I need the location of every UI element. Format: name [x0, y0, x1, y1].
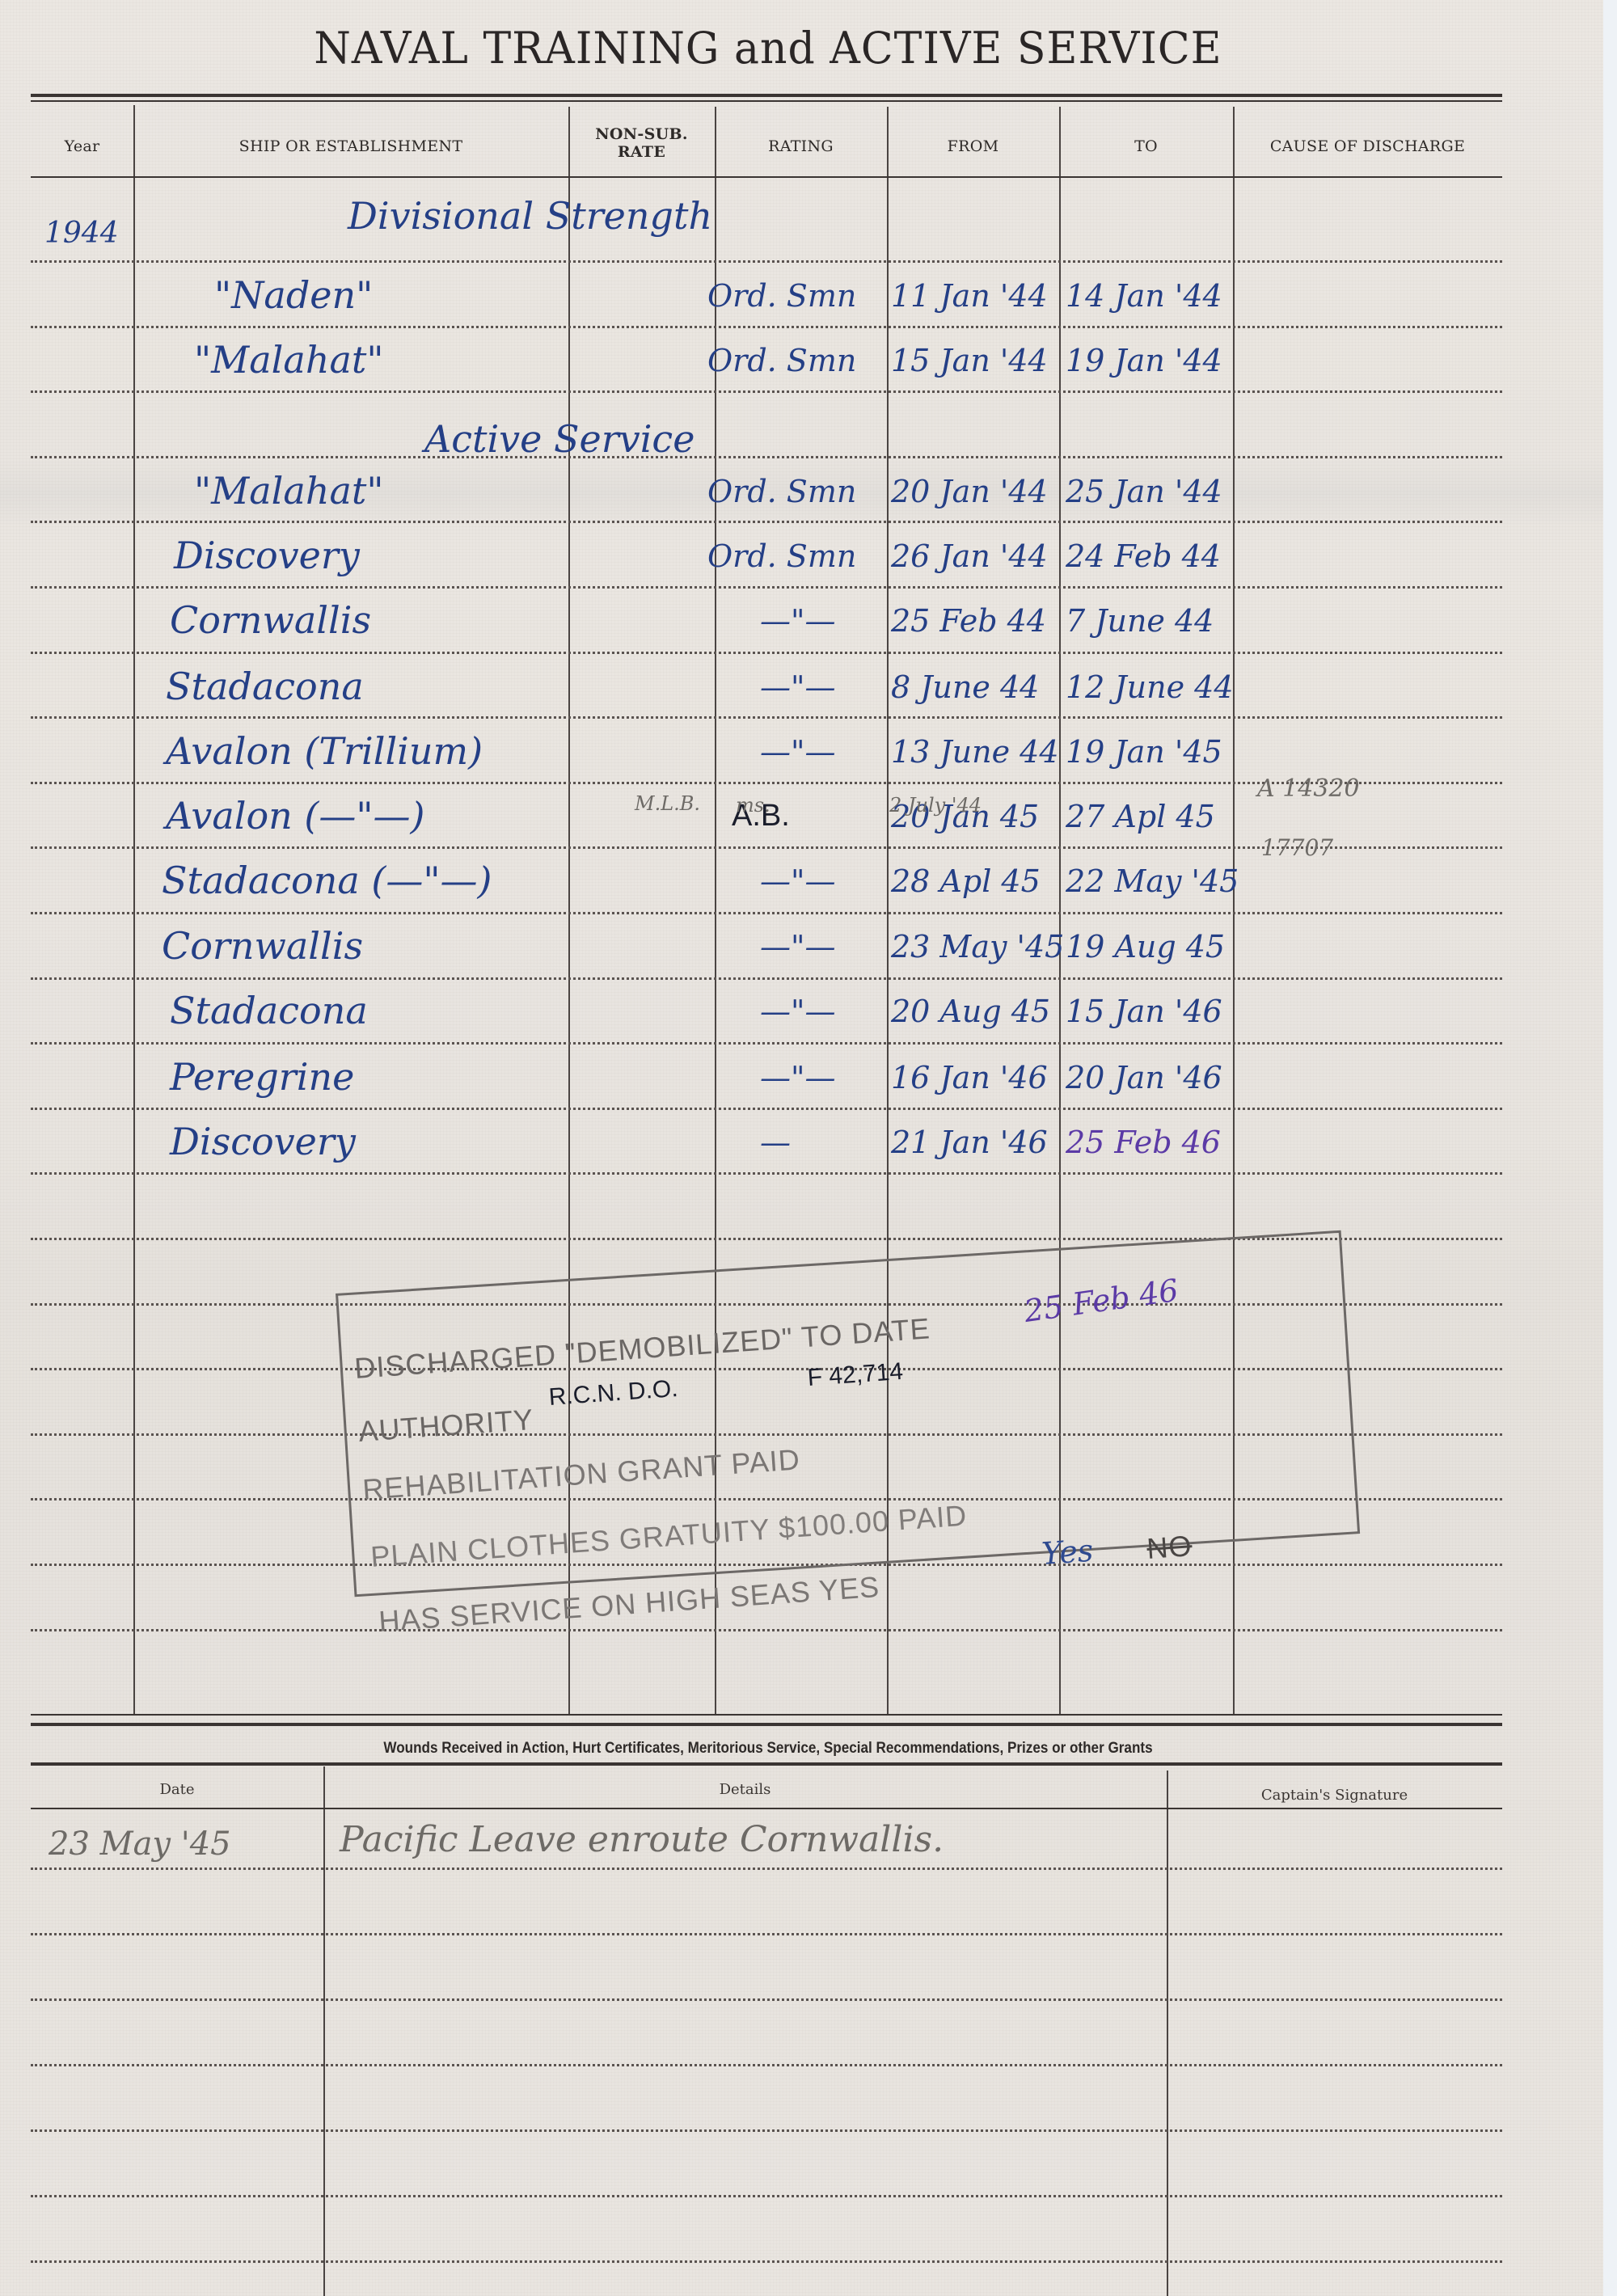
entry-from: 8 June 44 [891, 669, 1039, 705]
grants-header-rule [31, 1808, 1502, 1809]
entry-ship: Discovery [170, 1120, 356, 1163]
row-rule [31, 456, 1502, 458]
entry-rating: Ord. Smn [707, 538, 856, 574]
entry-ship: Stadacona [170, 989, 368, 1032]
entry-from: 20 Jan '44 [891, 474, 1048, 509]
entry-ship: Cornwallis [170, 598, 371, 642]
row-rule [31, 912, 1502, 914]
entry-rating: Ord. Smn [707, 474, 856, 509]
grants-title-rule [31, 1762, 1502, 1766]
entry-from: 23 May '45 [891, 929, 1064, 964]
col-header-from: FROM [887, 137, 1059, 155]
entry-to: 19 Jan '45 [1066, 734, 1222, 770]
col-header-nonsub-line1: NON-SUB. [568, 125, 715, 143]
entry-to: 15 Jan '46 [1066, 994, 1222, 1029]
col-header-nonsub-rate: NON-SUB. RATE [568, 125, 715, 161]
grants-row-rule [31, 1868, 1502, 1870]
row-rule [31, 1629, 1502, 1631]
grants-section-title: Wounds Received in Action, Hurt Certific… [77, 1740, 1459, 1758]
table-end-rule [31, 1714, 1502, 1716]
year-entry: 1944 [44, 217, 119, 250]
pencil-note-rating: ms. [736, 794, 771, 817]
entry-from: 26 Jan '44 [891, 538, 1048, 574]
entry-to: 25 Feb 46 [1066, 1125, 1221, 1160]
row-rule [31, 586, 1502, 589]
pencil-note-nonsub: M.L.B. [635, 792, 700, 815]
entry-to: 12 June 44 [1066, 669, 1234, 705]
entry-from: 20 Aug 45 [891, 994, 1050, 1029]
entry-rating: — [760, 1125, 791, 1160]
table-end-rule-thick [31, 1723, 1502, 1726]
entry-to: 14 Jan '44 [1066, 278, 1222, 314]
entry-rating: —"— [760, 929, 835, 964]
entry-ship: Discovery [174, 534, 360, 577]
entry-ship: "Malahat" [194, 338, 384, 382]
row-rule [31, 260, 1502, 263]
entry-ship: Peregrine [170, 1055, 354, 1099]
grants-row-rule [31, 2064, 1502, 2066]
entry-to: 7 June 44 [1066, 603, 1214, 639]
section-label-divisional: Divisional Strength [348, 194, 712, 238]
header-rule-top [31, 94, 1502, 97]
grants-row-rule [31, 2260, 1502, 2263]
stamp-high-seas-struck: NO [1146, 1529, 1193, 1566]
entry-cause: A 14320 [1257, 774, 1360, 803]
entry-from: 11 Jan '44 [891, 278, 1048, 314]
page-title: NAVAL TRAINING and ACTIVE SERVICE [0, 23, 1536, 74]
entry-from: 13 June 44 [891, 734, 1059, 770]
header-bottom-rule [31, 176, 1502, 178]
grants-row-rule [31, 2129, 1502, 2132]
row-rule [31, 1042, 1502, 1045]
entry-rating: Ord. Smn [707, 343, 856, 378]
entry-rating: —"— [760, 863, 835, 899]
grants-col-divider [1167, 1771, 1168, 2296]
entry-rating: —"— [760, 669, 835, 705]
entry-rating: —"— [760, 603, 835, 639]
grants-row-rule [31, 1998, 1502, 2001]
header-rule-bottom [31, 100, 1502, 102]
row-rule [31, 326, 1502, 328]
entry-ship: Avalon (—"—) [166, 794, 424, 838]
row-rule [31, 1172, 1502, 1175]
pencil-note-from: 2 July '44 [889, 794, 982, 817]
entry-from: 21 Jan '46 [891, 1125, 1048, 1160]
entry-ship: Cornwallis [162, 924, 363, 968]
entry-from: 25 Feb 44 [891, 603, 1046, 639]
row-rule [31, 977, 1502, 980]
col-header-rating: RATING [715, 137, 887, 155]
row-rule [31, 652, 1502, 654]
grants-entry-details: Pacific Leave enroute Cornwallis. [340, 1819, 944, 1860]
entry-rating: —"— [760, 994, 835, 1029]
col-header-to: TO [1059, 137, 1233, 155]
entry-rating: Ord. Smn [707, 278, 856, 314]
entry-to: 25 Jan '44 [1066, 474, 1222, 509]
entry-rating: —"— [760, 1060, 835, 1095]
grants-col-divider [323, 1766, 325, 2296]
grants-row-rule [31, 2195, 1502, 2197]
entry-ship: Stadacona [166, 665, 364, 708]
pencil-note-cause-line2: 17707 [1261, 834, 1333, 861]
section-label-active: Active Service [424, 417, 695, 461]
entry-from: 15 Jan '44 [891, 343, 1048, 378]
entry-ship: Stadacona (—"—) [162, 859, 492, 902]
entry-to: 19 Jan '44 [1066, 343, 1222, 378]
row-rule [31, 716, 1502, 719]
entry-from: 16 Jan '46 [891, 1060, 1048, 1095]
col-header-nonsub-line2: RATE [568, 143, 715, 161]
grants-col-header-signature: Captain's Signature [1167, 1787, 1502, 1804]
service-record-page: NAVAL TRAINING and ACTIVE SERVICE Year S… [0, 0, 1603, 2296]
entry-to: 19 Aug 45 [1066, 929, 1225, 964]
row-rule [31, 1108, 1502, 1110]
col-header-cause: CAUSE OF DISCHARGE [1233, 137, 1502, 155]
entry-to: 20 Jan '46 [1066, 1060, 1222, 1095]
entry-to: 27 Apl 45 [1066, 799, 1215, 834]
grants-entry-date: 23 May '45 [49, 1825, 231, 1863]
col-divider [133, 105, 135, 1714]
col-header-ship: SHIP OR ESTABLISHMENT [133, 137, 568, 155]
entry-to: 24 Feb 44 [1066, 538, 1221, 574]
entry-ship: "Naden" [214, 273, 373, 317]
entry-from: 28 Apl 45 [891, 863, 1041, 899]
grants-col-header-date: Date [31, 1781, 323, 1798]
row-rule [31, 521, 1502, 523]
grants-row-rule [31, 1933, 1502, 1935]
entry-ship: Avalon (Trillium) [166, 729, 483, 773]
col-header-year: Year [31, 137, 133, 155]
entry-rating: —"— [760, 734, 835, 770]
entry-ship: "Malahat" [194, 469, 384, 513]
row-rule [31, 390, 1502, 393]
grants-col-header-details: Details [323, 1781, 1167, 1798]
stamp-high-seas-answer: Yes [1041, 1533, 1095, 1572]
entry-to: 22 May '45 [1066, 863, 1239, 899]
